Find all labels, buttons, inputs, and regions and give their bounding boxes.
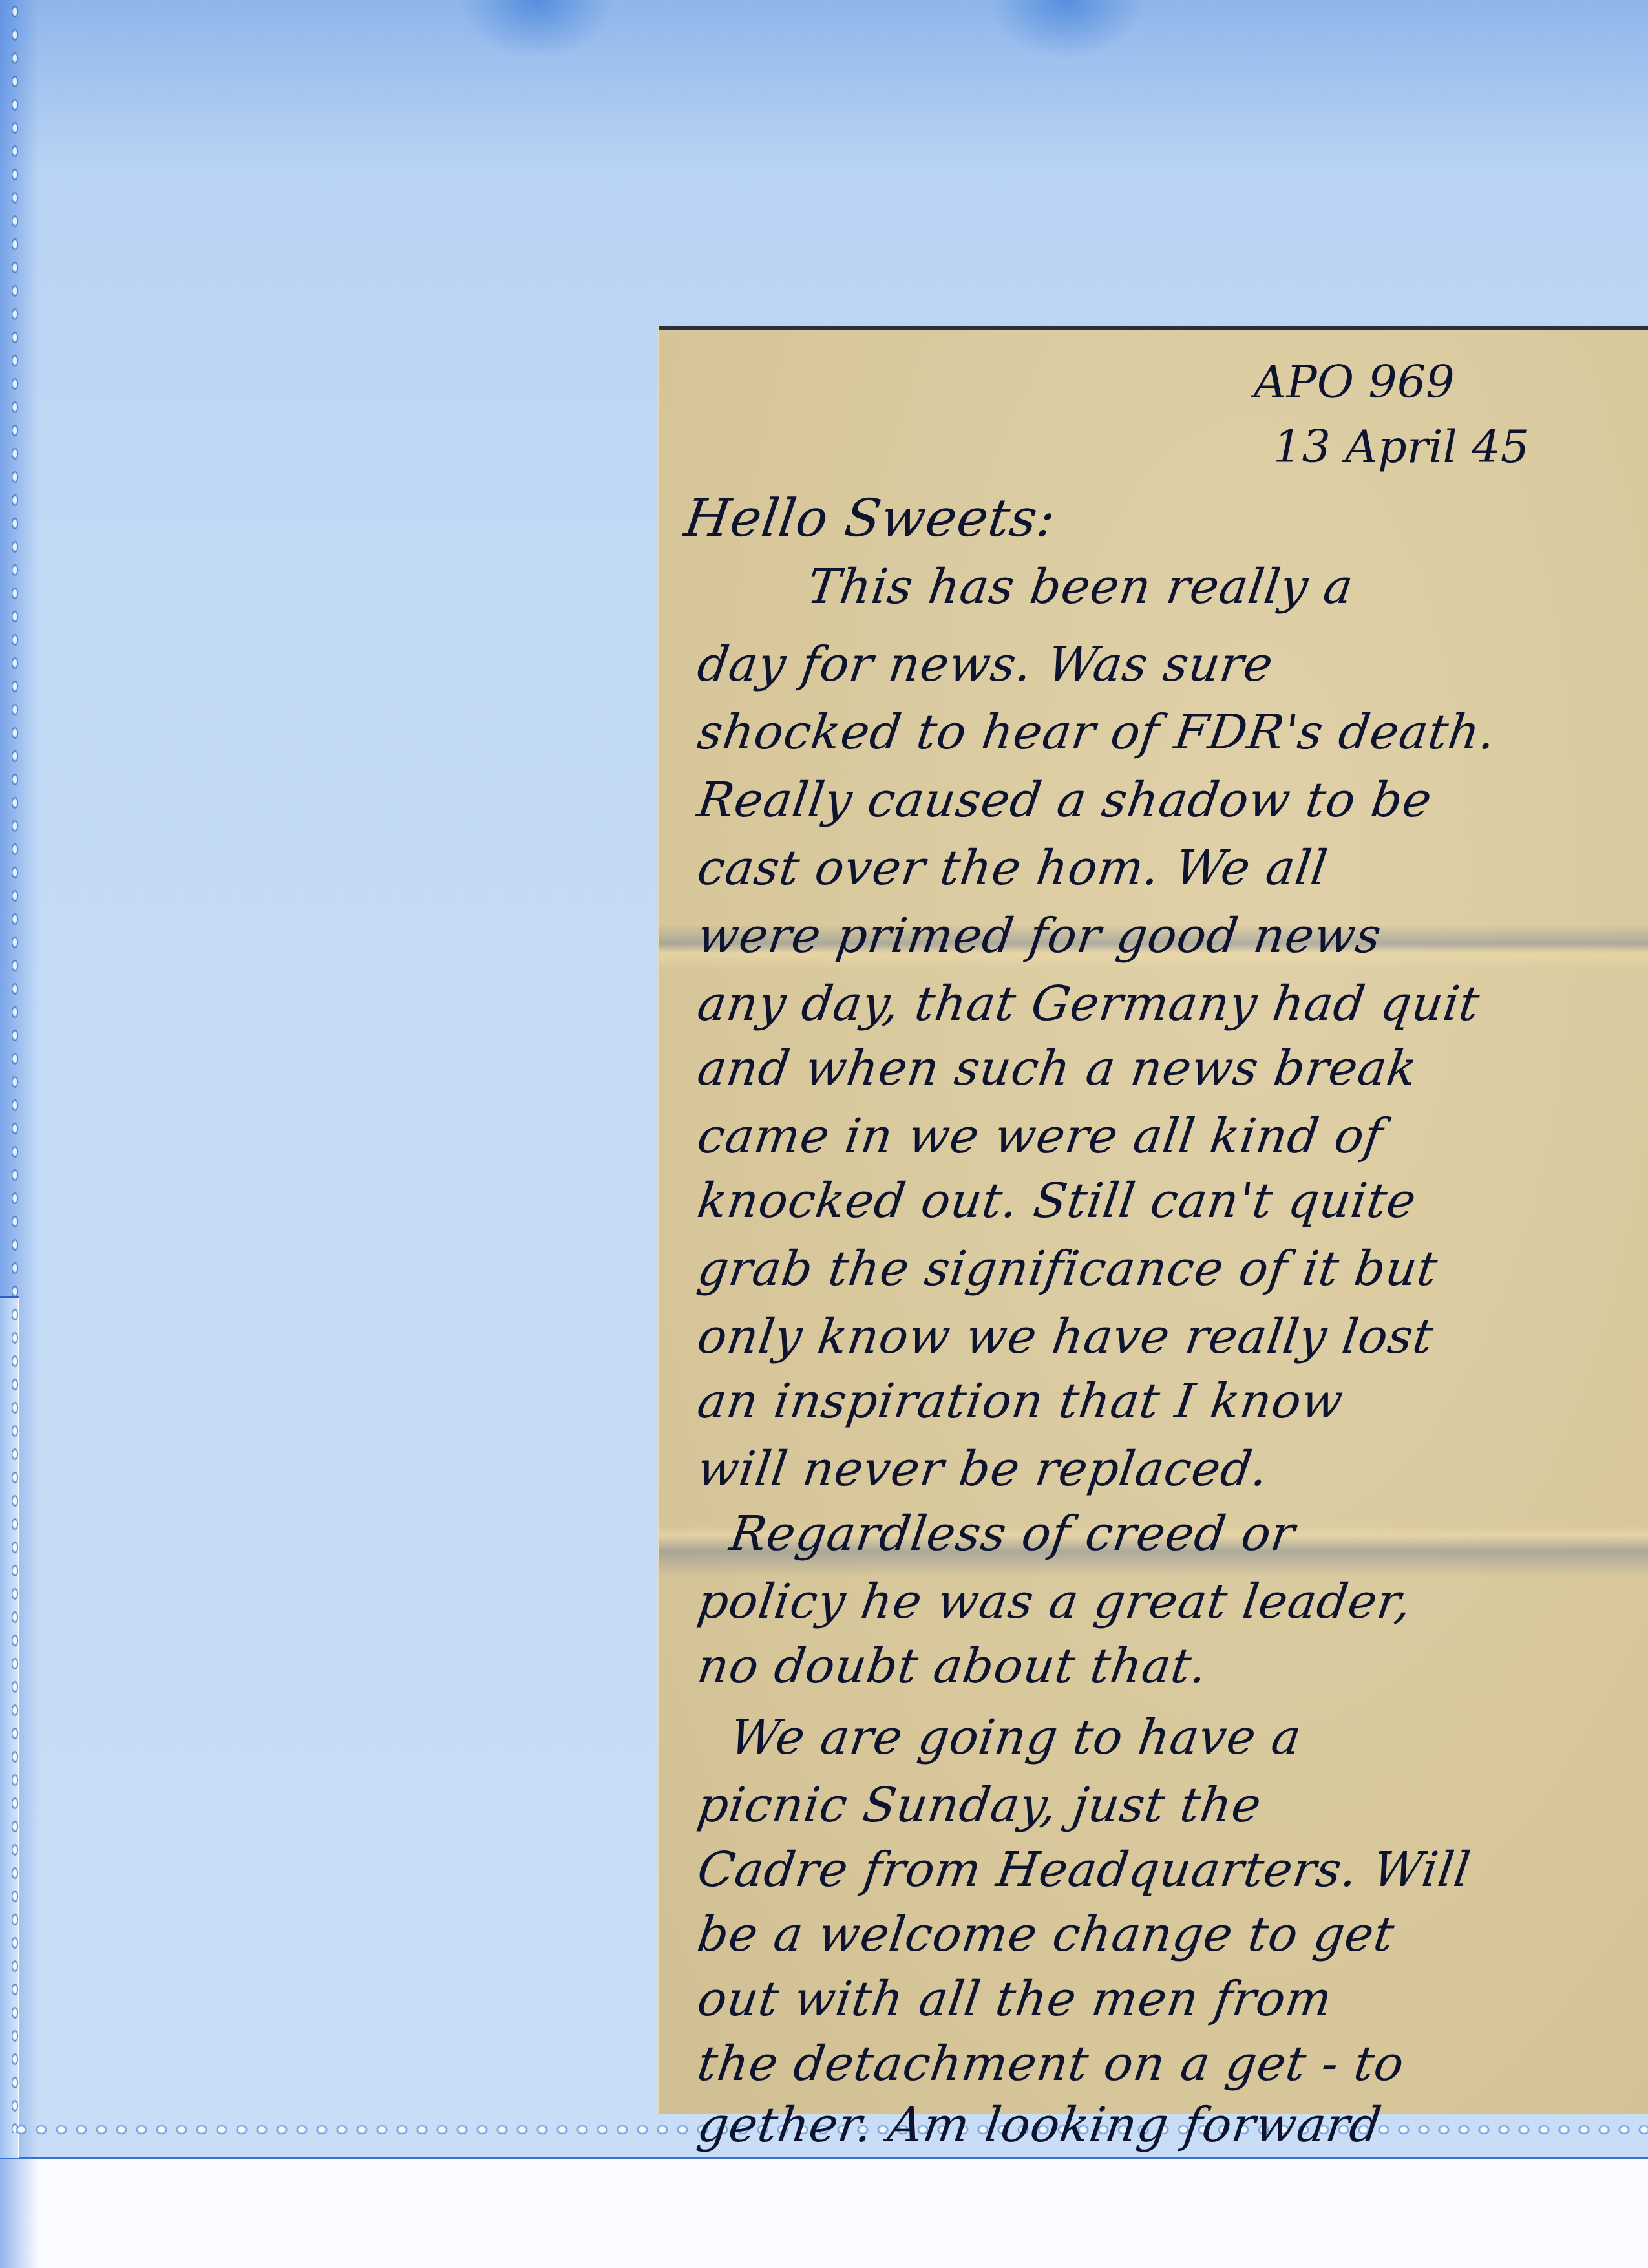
letter-line: only know we have really lost — [694, 1309, 1645, 1364]
letter-line: day for news. Was sure — [694, 637, 1645, 692]
letter-line: grab the significance of it but — [694, 1241, 1645, 1297]
letter-line: gether. Am looking forward — [694, 2097, 1645, 2153]
letter-line: came in we were all kind of — [694, 1108, 1645, 1164]
letter-line: We are going to have a — [726, 1710, 1648, 1765]
letter-line: an inspiration that I know — [694, 1373, 1645, 1429]
letter-address: APO 969 — [1254, 355, 1455, 408]
letter-line: any day, that Germany had quit — [694, 976, 1645, 1032]
letter-line: were primed for good news — [694, 908, 1645, 964]
letter-line: cast over the hom. We all — [694, 840, 1645, 896]
letter-line: picnic Sunday, just the — [694, 1777, 1645, 1833]
letter-date: 13 April 45 — [1273, 420, 1529, 473]
letter-salutation: Hello Sweets: — [681, 488, 1632, 548]
letter-line: no doubt about that. — [694, 1638, 1645, 1694]
letter-line: Regardless of creed or — [726, 1506, 1648, 1562]
letter-line: and when such a news break — [694, 1041, 1645, 1096]
letter-line: will never be replaced. — [694, 1441, 1645, 1497]
letter-page: APO 969 13 April 45 Hello Sweets: This h… — [659, 326, 1648, 2114]
letter-line: Really caused a shadow to be — [694, 772, 1645, 828]
letter-line: policy he was a great leader, — [694, 1574, 1645, 1629]
sleeve-left-perforation — [9, 0, 21, 2133]
letter-line: out with all the men from — [694, 1971, 1645, 2027]
letter-line: This has been really a — [804, 559, 1648, 615]
letter-line: shocked to hear of FDR's death. — [694, 705, 1645, 760]
letter-line: be a welcome change to get — [694, 1907, 1645, 1962]
letter-line: knocked out. Still can't quite — [694, 1173, 1645, 1229]
letter-line: Cadre from Headquarters. Will — [694, 1842, 1645, 1898]
letter-line: the detachment on a get - to — [694, 2036, 1645, 2092]
